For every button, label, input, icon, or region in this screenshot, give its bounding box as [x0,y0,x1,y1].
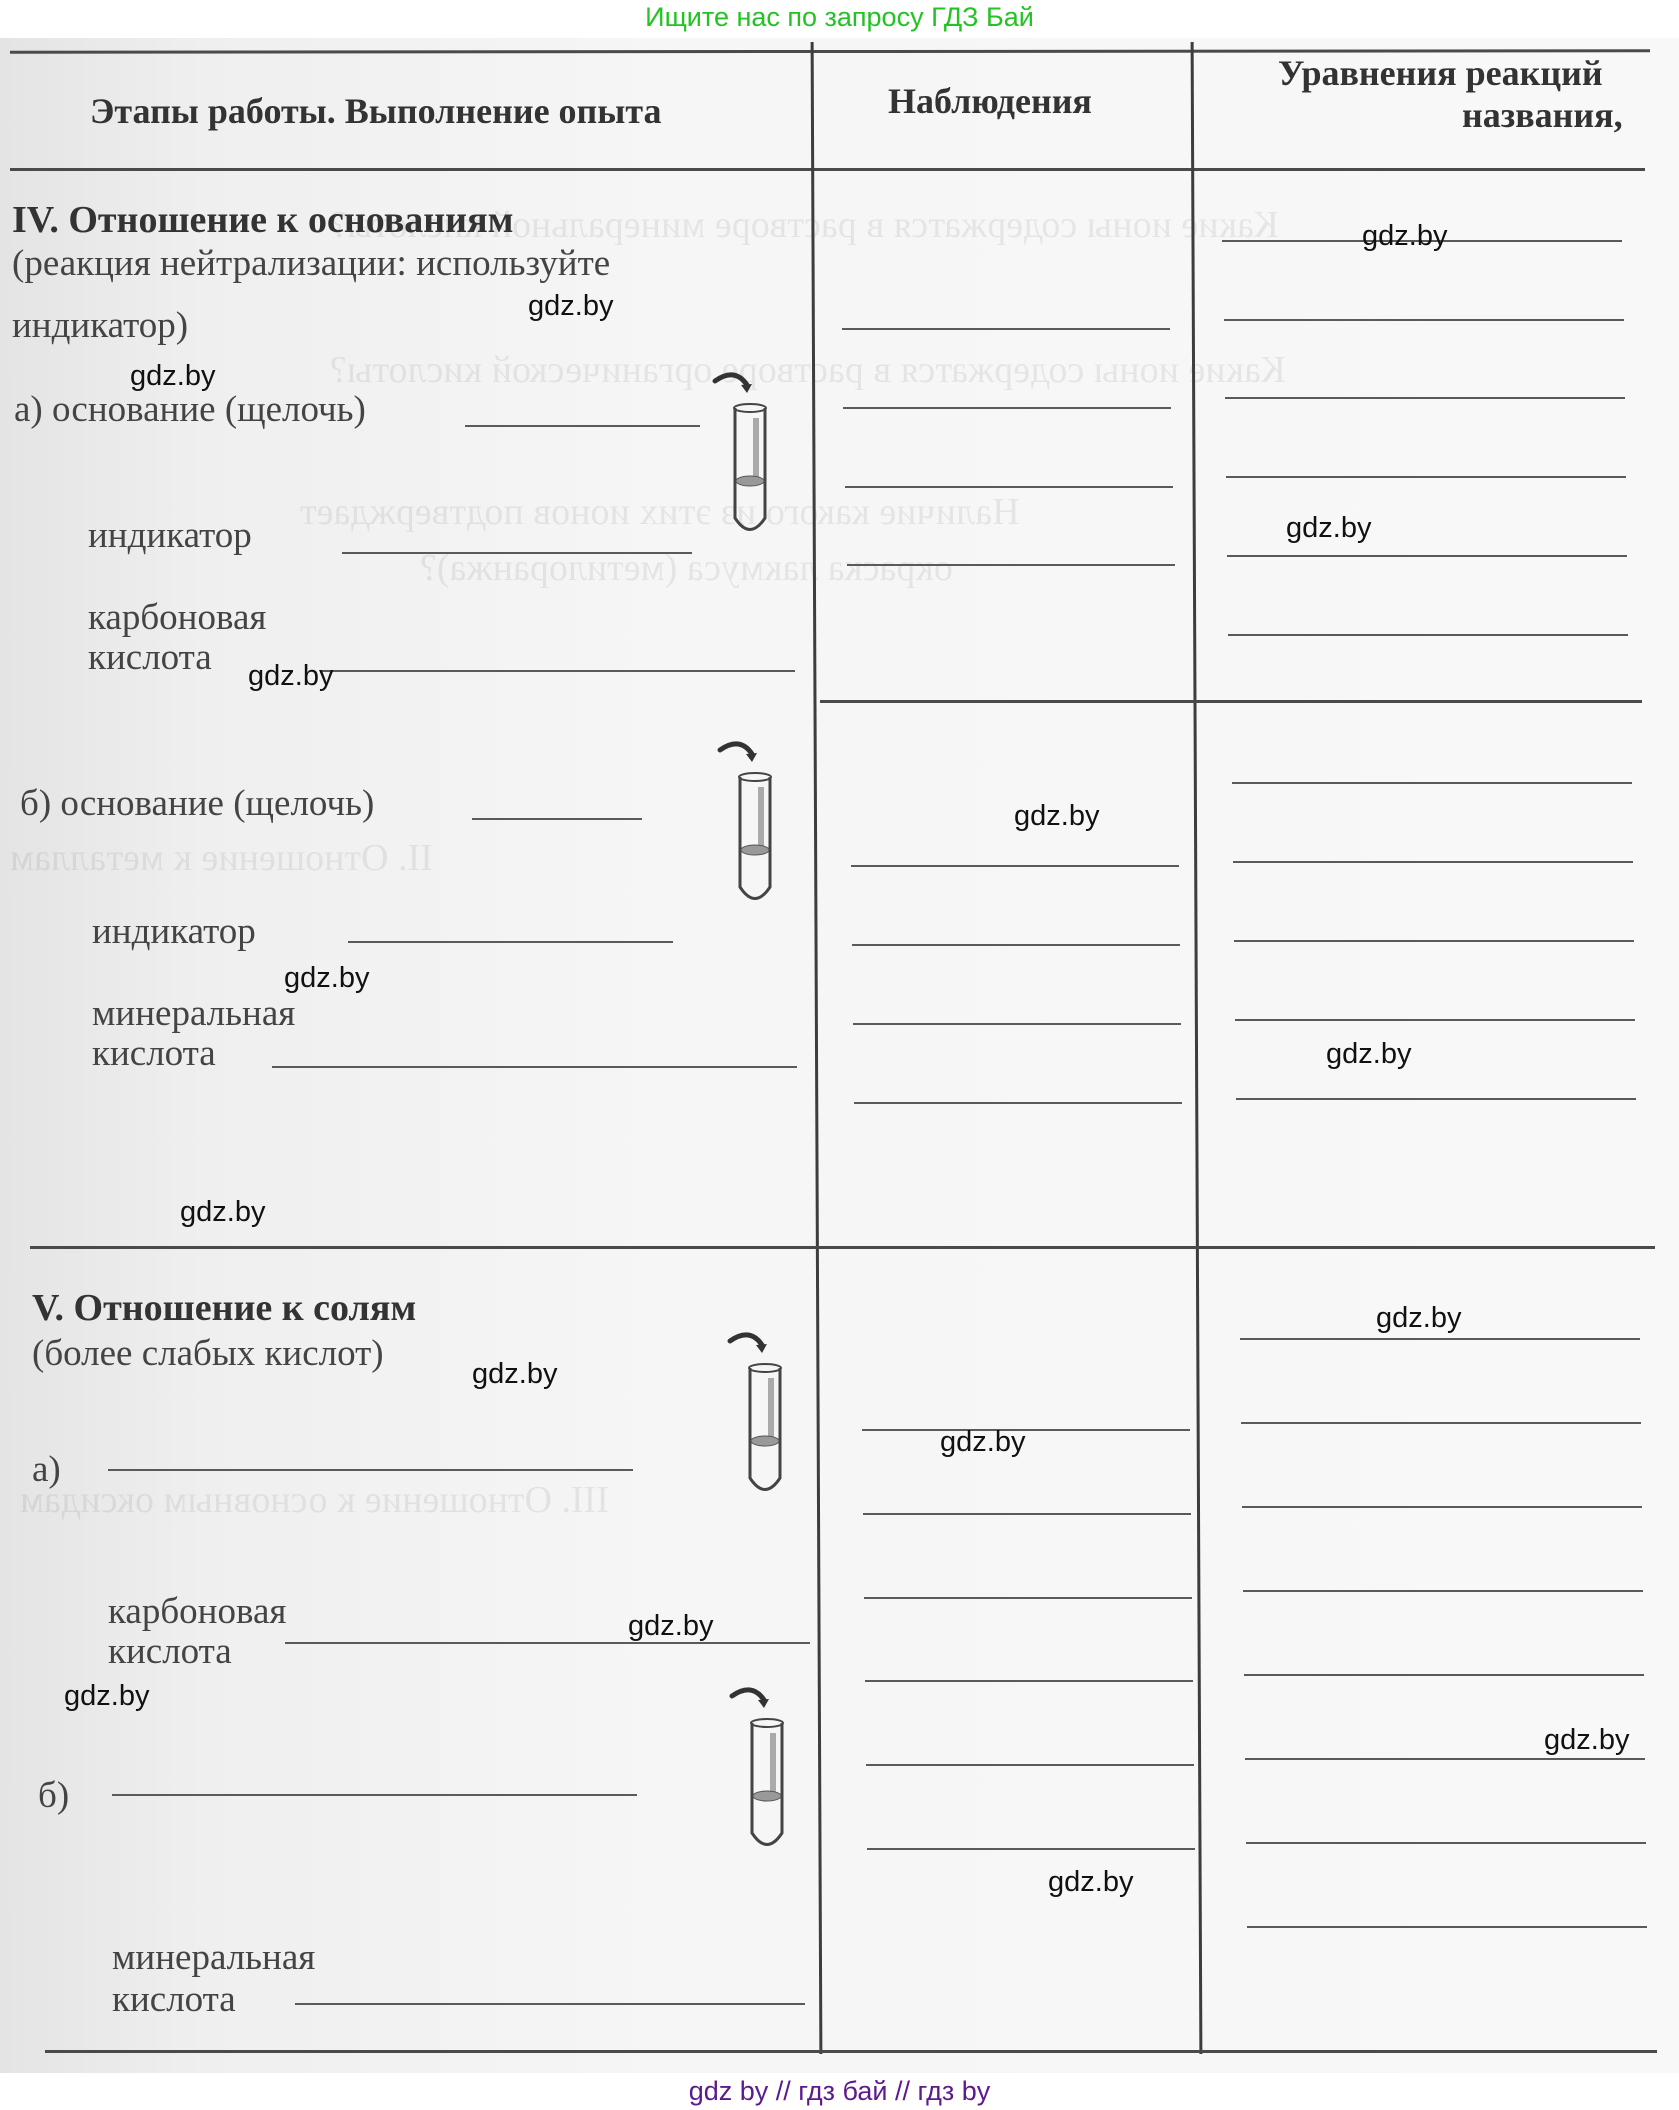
workbook-page: Какие ионы содержатся в растворе минерал… [0,38,1679,2073]
acid-label: кислота [92,1034,216,1074]
equation-line[interactable] [1227,555,1627,557]
equation-line[interactable] [1240,1338,1640,1340]
equation-line[interactable] [1235,1019,1635,1021]
equation-line[interactable] [1247,1926,1647,1928]
observation-line[interactable] [852,944,1180,946]
watermark: gdz.by [1544,1724,1629,1757]
observation-line[interactable] [843,407,1171,409]
answer-line[interactable] [465,425,700,427]
acid-label: кислота [112,1980,236,2020]
observation-line[interactable] [866,1764,1194,1766]
answer-line[interactable] [348,941,673,943]
acid-label: кислота [88,638,212,678]
equation-line[interactable] [1232,782,1632,784]
answer-line[interactable] [295,2003,805,2005]
answer-line[interactable] [108,1469,633,1471]
equation-line[interactable] [1225,397,1625,399]
watermark: gdz.by [1326,1038,1411,1071]
watermark: gdz.by [130,360,215,393]
observation-line[interactable] [853,1023,1181,1025]
bleed-through-text: Какие ионы содержатся в растворе органич… [330,348,1286,392]
item-label: б) [38,1776,69,1816]
item-label: а) [32,1450,61,1490]
equation-line[interactable] [1245,1758,1645,1760]
answer-line[interactable] [285,1642,810,1644]
indicator-label: индикатор [92,912,256,952]
answer-line[interactable] [342,552,692,554]
item-label: а) основание (щелочь) [14,390,366,430]
section-iv-subtitle: индикатор) [12,306,188,346]
watermark: gdz.by [528,290,613,323]
answer-line[interactable] [472,818,642,820]
watermark: gdz.by [472,1358,557,1391]
acid-label: карбоновая [108,1592,286,1632]
equation-line[interactable] [1244,1674,1644,1676]
header-steps: Этапы работы. Выполнение опыта [90,90,662,132]
observation-line[interactable] [847,564,1175,566]
observation-line[interactable] [842,328,1170,330]
watermark: gdz.by [1014,800,1099,833]
answer-line[interactable] [320,670,795,672]
header-observations: Наблюдения [888,80,1092,122]
observation-line[interactable] [863,1513,1191,1515]
answer-line[interactable] [112,1794,637,1796]
equation-line[interactable] [1236,1098,1636,1100]
observation-line[interactable] [865,1680,1193,1682]
test-tube-icon [722,1678,812,1858]
watermark: gdz.by [1362,220,1447,253]
observation-split-line [820,700,1642,703]
equation-line[interactable] [1241,1422,1641,1424]
observation-line[interactable] [845,486,1173,488]
observation-line[interactable] [862,1429,1190,1431]
item-label: б) основание (щелочь) [20,784,374,824]
answer-line[interactable] [272,1066,797,1068]
equation-line[interactable] [1226,476,1626,478]
header-equations-line1: Уравнения реакций [1278,52,1603,94]
test-tube-icon [710,732,800,912]
watermark: gdz.by [1048,1866,1133,1899]
acid-label: минеральная [92,994,295,1034]
equation-line[interactable] [1234,940,1634,942]
observation-line[interactable] [851,865,1179,867]
equation-line[interactable] [1242,1506,1642,1508]
watermark: gdz.by [1376,1302,1461,1335]
equation-line[interactable] [1233,861,1633,863]
equation-line[interactable] [1243,1590,1643,1592]
acid-label: кислота [108,1632,232,1672]
watermark: gdz.by [940,1426,1025,1459]
section-divider [30,1246,1655,1249]
bleed-through-text: Наличие какого из этих ионов подтверждае… [300,490,1020,534]
watermark: gdz.by [64,1680,149,1713]
test-tube-icon [705,363,795,543]
section-v-title: V. Отношение к солям [32,1286,416,1330]
bleed-through-text: III. Отношение к основным оксидам [20,1478,609,1522]
column-divider-1 [811,42,823,2054]
equation-line[interactable] [1246,1842,1646,1844]
watermark: gdz.by [284,962,369,995]
bleed-through-text: II. Отношение к металлам [10,836,433,880]
acid-label: карбоновая [88,598,266,638]
top-banner: Ищите нас по запросу ГДЗ Бай [0,0,1679,38]
section-iv-subtitle: (реакция нейтрализации: используйте [12,244,610,284]
indicator-label: индикатор [88,516,252,556]
header-equations-line2: названия, [1462,94,1623,136]
observation-line[interactable] [867,1848,1195,1850]
bottom-banner: gdz by // гдз бай // гдз by [0,2073,1679,2110]
watermark: gdz.by [1286,512,1371,545]
test-tube-icon [720,1323,810,1503]
equation-line[interactable] [1224,319,1624,321]
watermark: gdz.by [628,1610,713,1643]
header-bottom-border [10,168,1645,171]
column-divider-2 [1191,42,1203,2054]
observation-line[interactable] [864,1597,1192,1599]
observation-line[interactable] [854,1102,1182,1104]
table-bottom-border [45,2050,1657,2053]
section-v-subtitle: (более слабых кислот) [32,1334,384,1374]
equation-line[interactable] [1228,634,1628,636]
watermark: gdz.by [180,1196,265,1229]
acid-label: минеральная [112,1938,315,1978]
watermark: gdz.by [248,660,333,693]
section-iv-title: IV. Отношение к основаниям [12,198,514,242]
